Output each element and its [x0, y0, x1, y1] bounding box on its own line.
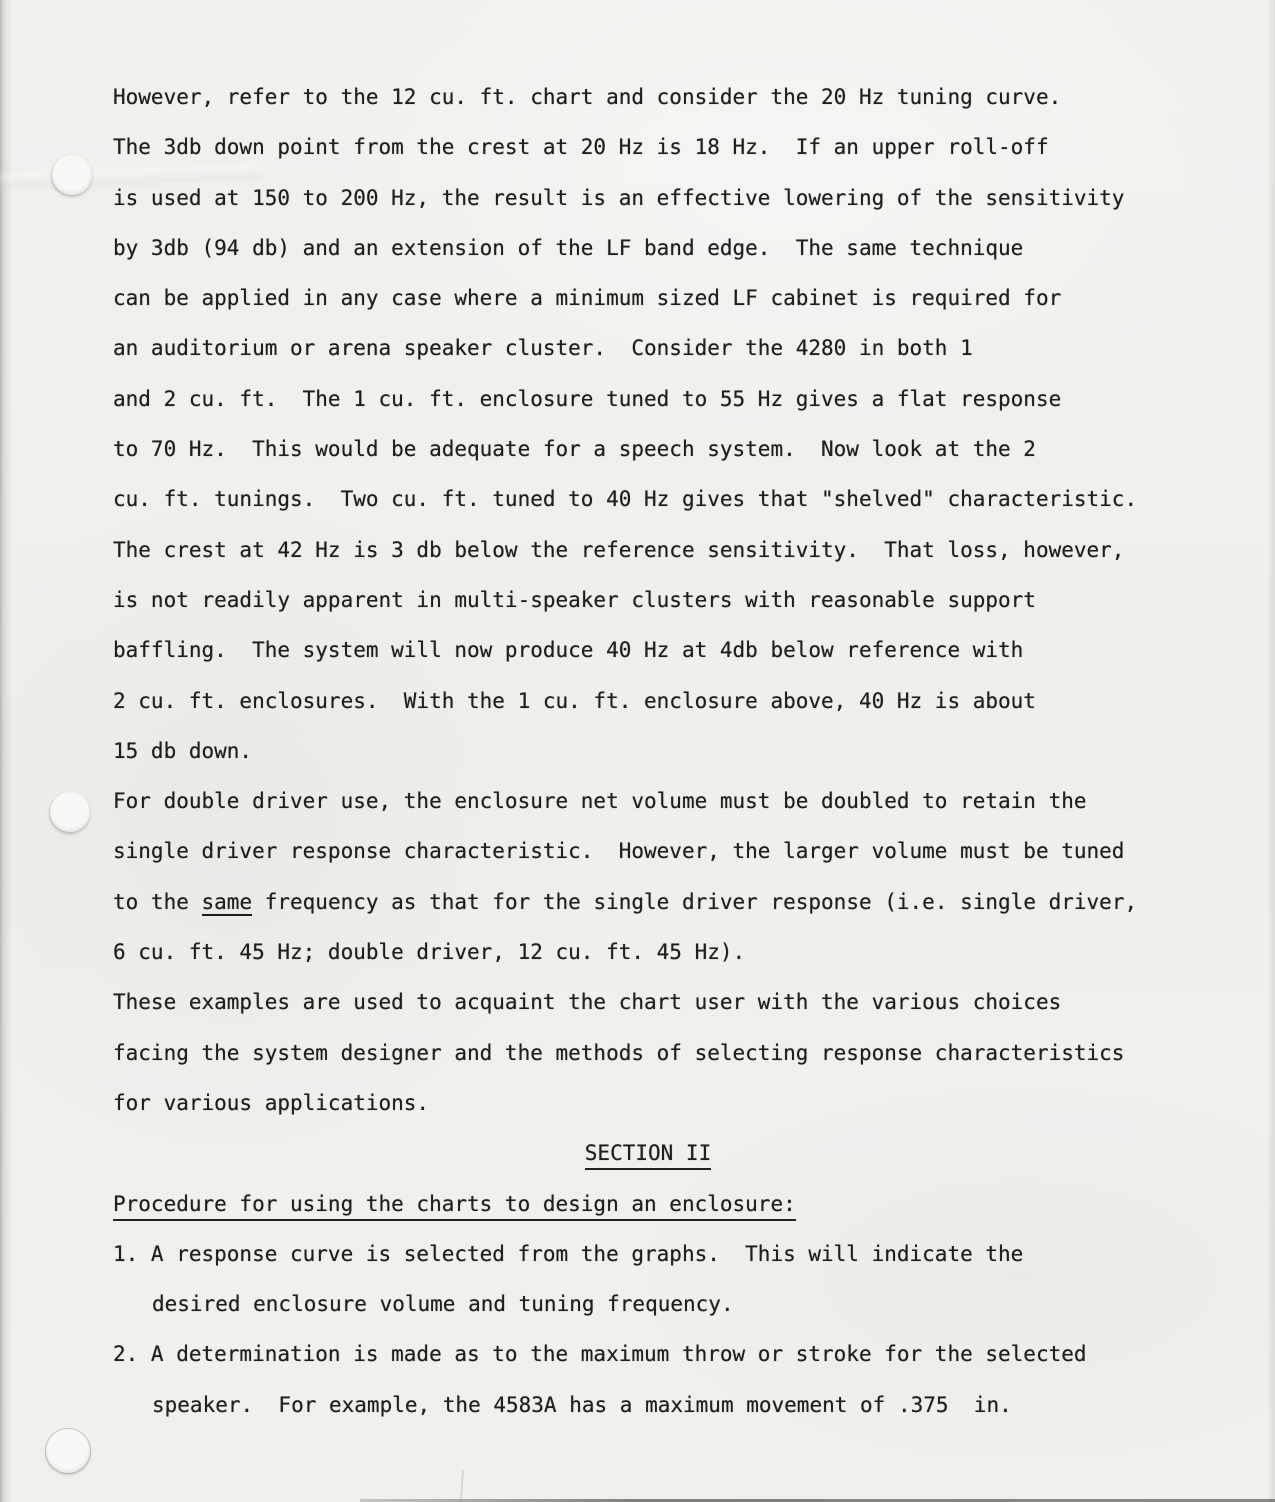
- section-ii-heading: SECTION II: [113, 1128, 1183, 1178]
- body-line: to 70 Hz. This would be adequate for a s…: [113, 424, 1183, 474]
- scanner-edge-right: [1267, 0, 1275, 1502]
- body-line: an auditorium or arena speaker cluster. …: [113, 323, 1183, 373]
- document-body: However, refer to the 12 cu. ft. chart a…: [113, 72, 1183, 1430]
- body-line: for various applications.: [113, 1078, 1183, 1128]
- underlined-word: same: [202, 890, 253, 916]
- body-line: single driver response characteristic. H…: [113, 826, 1183, 876]
- body-line: is not readily apparent in multi-speaker…: [113, 575, 1183, 625]
- body-line: by 3db (94 db) and an extension of the L…: [113, 223, 1183, 273]
- body-line: The crest at 42 Hz is 3 db below the ref…: [113, 525, 1183, 575]
- body-line: facing the system designer and the metho…: [113, 1028, 1183, 1078]
- scratch-mark: [460, 1470, 464, 1500]
- body-line: These examples are used to acquaint the …: [113, 977, 1183, 1027]
- line-text-pre: to the: [113, 890, 202, 914]
- body-line: is used at 150 to 200 Hz, the result is …: [113, 173, 1183, 223]
- procedure-heading-text: Procedure for using the charts to design…: [113, 1192, 796, 1221]
- body-line: and 2 cu. ft. The 1 cu. ft. enclosure tu…: [113, 374, 1183, 424]
- scanner-edge-left: [0, 0, 12, 1502]
- hole-punch-middle: [50, 792, 90, 832]
- body-line: For double driver use, the enclosure net…: [113, 776, 1183, 826]
- body-line-with-emphasis: to the same frequency as that for the si…: [113, 877, 1183, 927]
- scanned-document-page: However, refer to the 12 cu. ft. chart a…: [0, 0, 1275, 1502]
- body-line: can be applied in any case where a minim…: [113, 273, 1183, 323]
- body-line: 15 db down.: [113, 726, 1183, 776]
- list-item-2-line-2: speaker. For example, the 4583A has a ma…: [113, 1380, 1183, 1430]
- list-item-1-line-2: desired enclosure volume and tuning freq…: [113, 1279, 1183, 1329]
- body-line: baffling. The system will now produce 40…: [113, 625, 1183, 675]
- body-line: 6 cu. ft. 45 Hz; double driver, 12 cu. f…: [113, 927, 1183, 977]
- body-line: The 3db down point from the crest at 20 …: [113, 122, 1183, 172]
- body-line: 2 cu. ft. enclosures. With the 1 cu. ft.…: [113, 676, 1183, 726]
- body-line: cu. ft. tunings. Two cu. ft. tuned to 40…: [113, 474, 1183, 524]
- list-item-2-line-1: 2. A determination is made as to the max…: [113, 1329, 1183, 1379]
- procedure-heading: Procedure for using the charts to design…: [113, 1179, 1183, 1229]
- hole-punch-top: [52, 155, 92, 195]
- line-text-post: frequency as that for the single driver …: [252, 890, 1137, 914]
- list-item-1-line-1: 1. A response curve is selected from the…: [113, 1229, 1183, 1279]
- body-line: However, refer to the 12 cu. ft. chart a…: [113, 72, 1183, 122]
- hole-punch-bottom: [46, 1429, 90, 1473]
- section-ii-heading-text: SECTION II: [585, 1141, 711, 1170]
